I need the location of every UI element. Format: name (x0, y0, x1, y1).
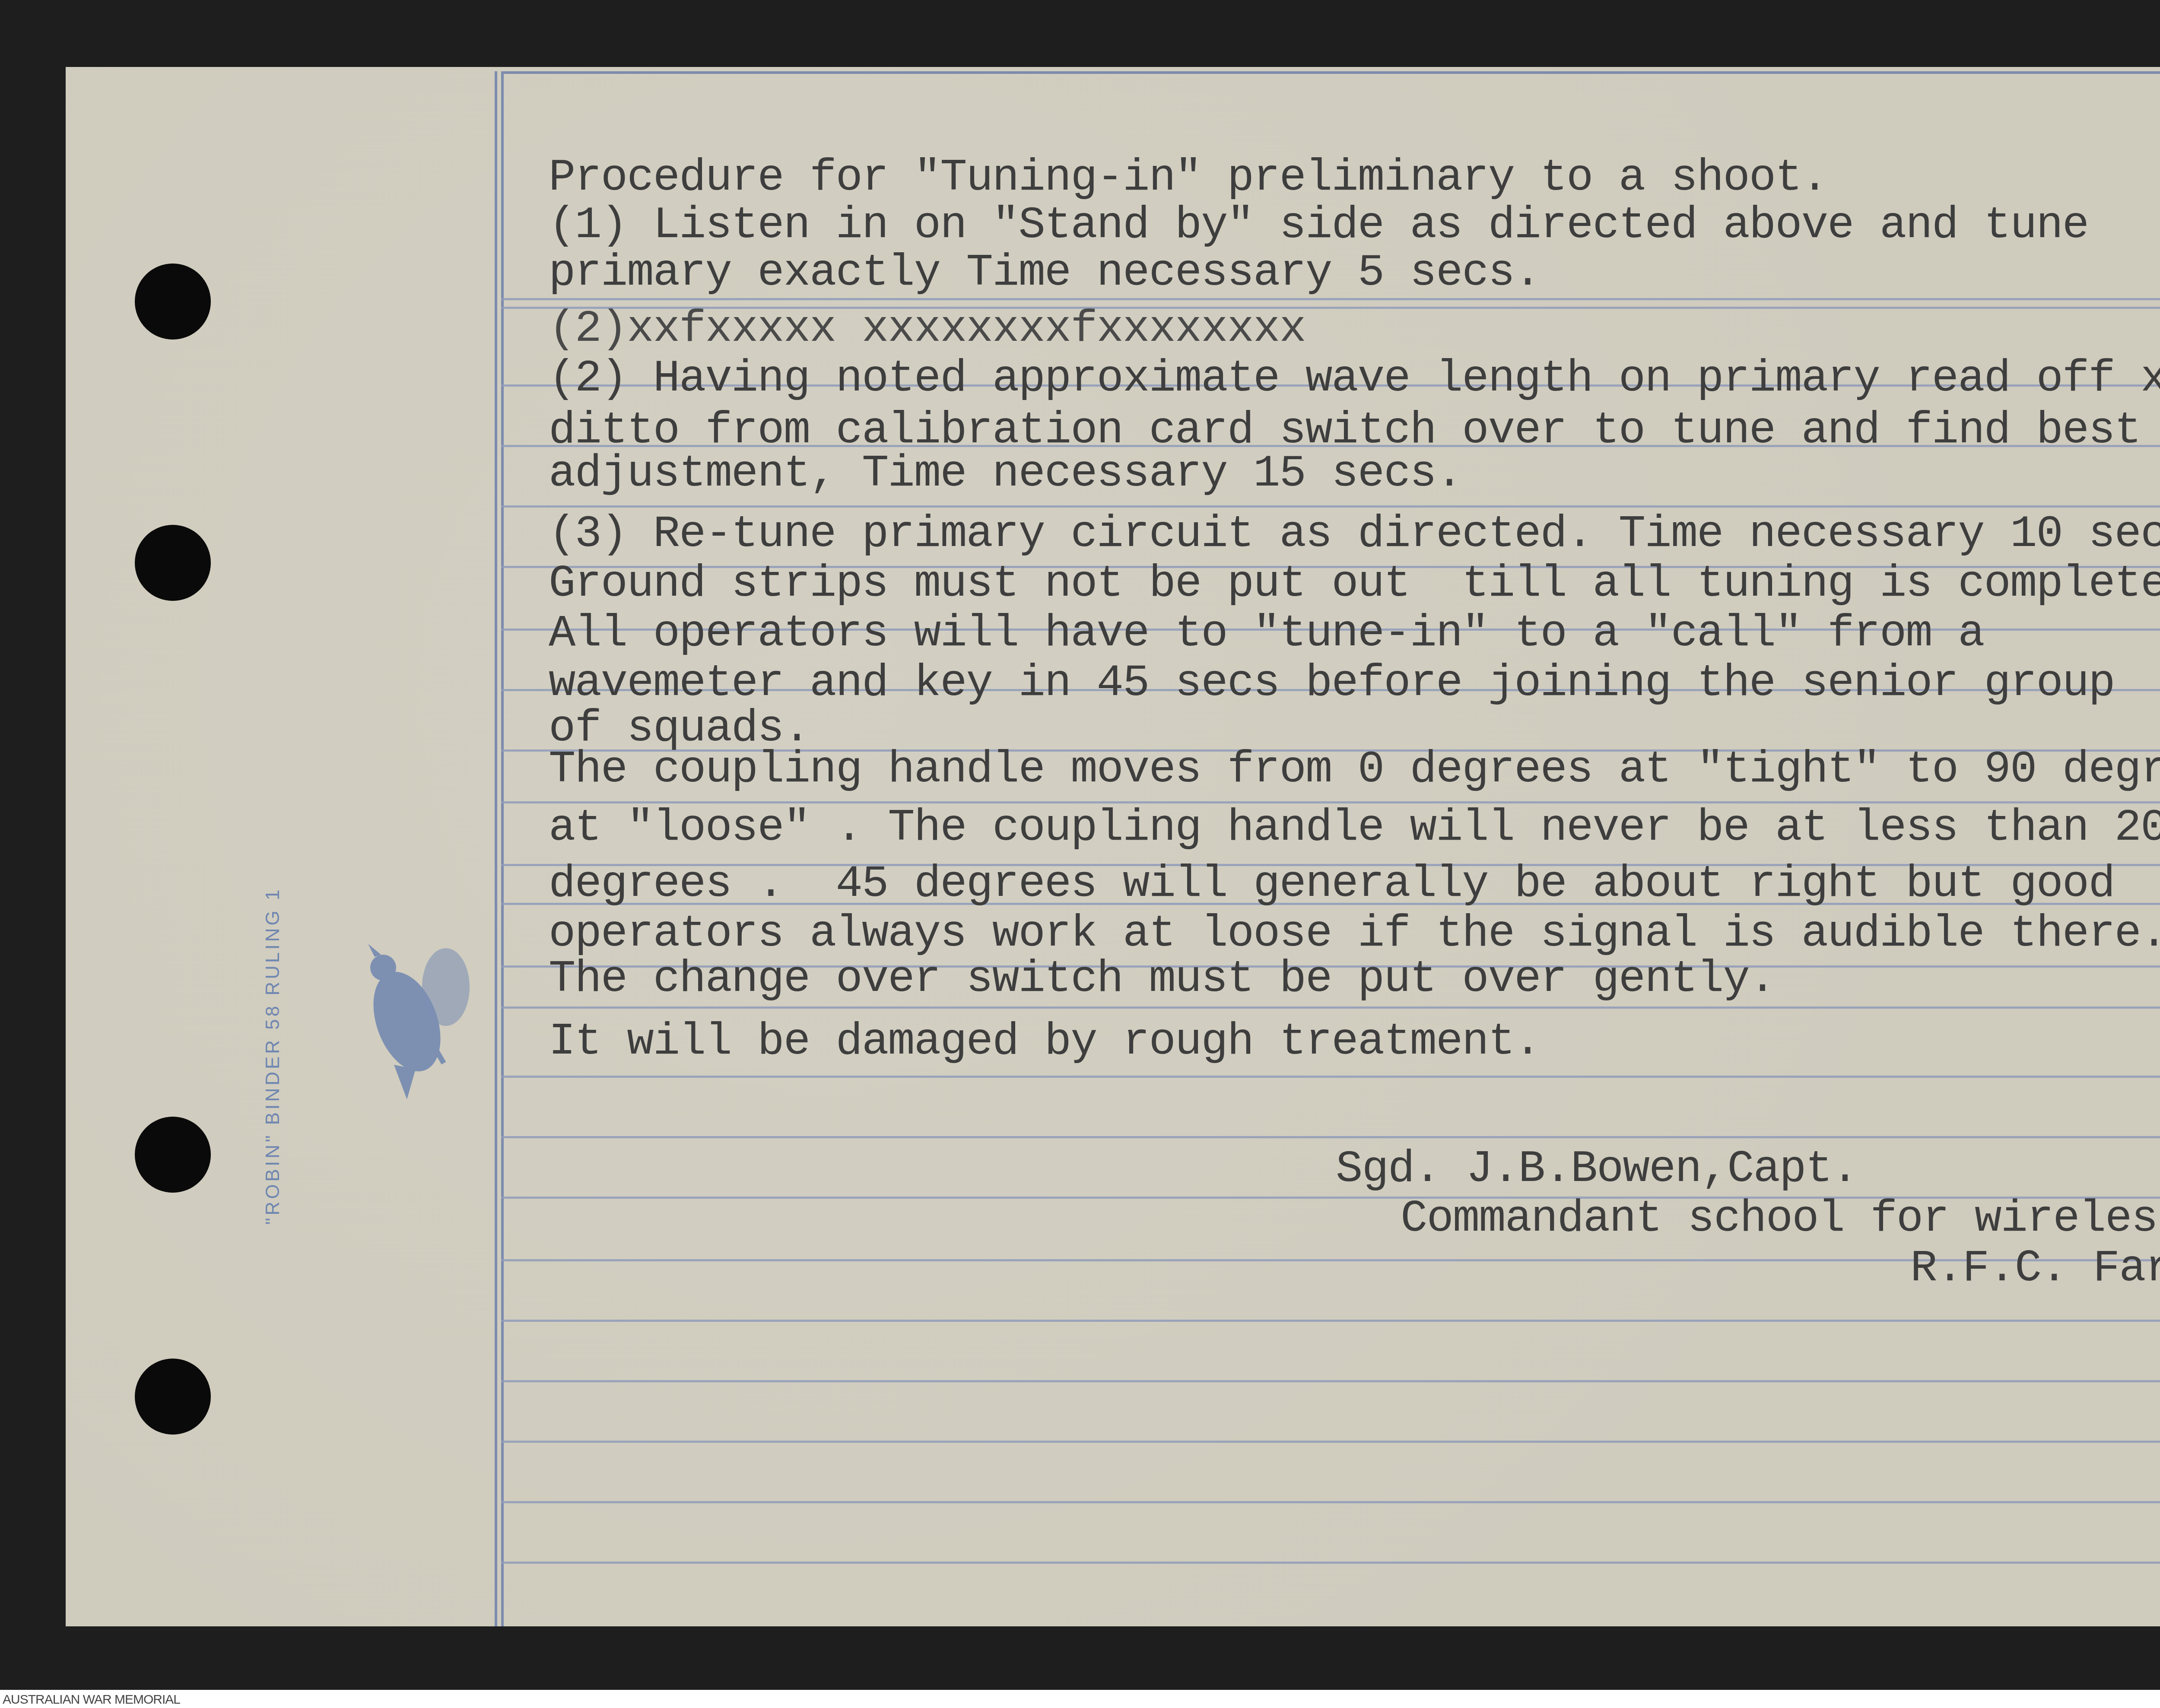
footer-bar (0, 1690, 2160, 1708)
binder-stamp-text: "ROBIN" BINDER 58 RULING 1 (262, 887, 284, 1225)
text-line: (3) Re-tune primary circuit as directed.… (549, 512, 2160, 557)
binder-hole (135, 525, 211, 601)
text-line: (2) Having noted approximate wave length… (549, 356, 2160, 401)
ruled-line (501, 1441, 2160, 1443)
text-line: primary exactly Time necessary 5 secs. (549, 251, 1541, 295)
ruled-line (501, 1501, 2160, 1503)
ruled-line (501, 1562, 2160, 1564)
binder-hole (135, 1359, 211, 1435)
text-line: It will be damaged by rough treatment. (549, 1019, 1541, 1064)
signature-title: Commandant school for wireless oprs. (1401, 1197, 2160, 1241)
text-line: The change over switch must be put over … (549, 957, 1775, 1002)
text-line: Ground strips must not be put out till a… (549, 562, 2160, 606)
top-rule-line (502, 71, 2160, 74)
ruled-line (501, 1320, 2160, 1322)
text-line: ditto from calibration card switch over … (549, 408, 2141, 453)
ruled-line (501, 1006, 2160, 1009)
ruled-line (501, 505, 2160, 508)
text-line: operators always work at loose if the si… (549, 911, 2160, 956)
signature-location: R.F.C. Farnborough. (1910, 1246, 2160, 1291)
robin-bird-icon (342, 927, 489, 1108)
signature-name: Sgd. J.B.Bowen,Capt. (1336, 1147, 1858, 1192)
footer-institution: AUSTRALIAN WAR MEMORIAL (3, 1692, 180, 1707)
text-line: at "loose" . The coupling handle will ne… (549, 806, 2160, 851)
margin-line-right (501, 71, 504, 1626)
struck-out-line: (2)xxfxxxxx xxxxxxxxfxxxxxxxx (549, 307, 1306, 352)
text-line: adjustment, Time necessary 15 secs. (549, 451, 1462, 496)
text-line: wavemeter and key in 45 secs before join… (549, 661, 2115, 706)
binder-hole (135, 264, 211, 340)
text-line: The coupling handle moves from 0 degrees… (549, 747, 2160, 792)
ruled-line (501, 1380, 2160, 1382)
index-card: "ROBIN" BINDER 58 RULING 1 Procedure for… (66, 67, 2160, 1626)
margin-line-left (495, 71, 497, 1626)
ruled-line (501, 1076, 2160, 1078)
text-line: All operators will have to "tune-in" to … (549, 611, 1984, 656)
title-line: Procedure for "Tuning-in" preliminary to… (549, 156, 1827, 200)
binder-hole (135, 1117, 211, 1193)
ruled-line (501, 1136, 2160, 1138)
text-line: degrees . 45 degrees will generally be a… (549, 862, 2115, 907)
text-line: (1) Listen in on "Stand by" side as dire… (549, 203, 2088, 248)
